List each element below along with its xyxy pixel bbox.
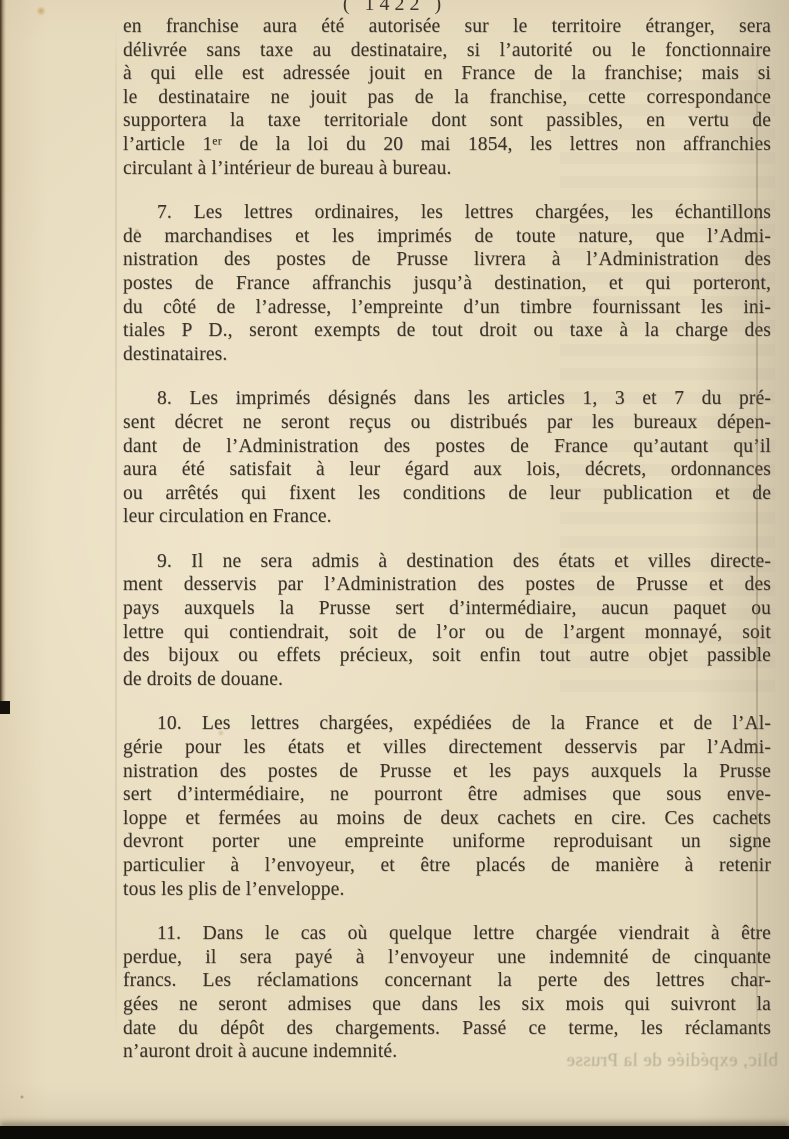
fold-crease-left xyxy=(115,20,117,1040)
text-line: à qui elle est adressée jouit en France … xyxy=(123,62,771,86)
text-line: nistration des postes de Prusse livrera … xyxy=(123,248,771,272)
text-line: postes de France affranchis jusqu’à dest… xyxy=(123,272,771,296)
text-line: tous les plis de l’enveloppe. xyxy=(123,878,771,902)
fold-crease-right xyxy=(756,48,758,1048)
scan-edge-left xyxy=(0,0,6,712)
scan-edge-notch xyxy=(0,701,10,714)
text-line: francs. Les réclamations concernant la p… xyxy=(123,969,771,993)
text-line: délivrée sans taxe au destinataire, si l… xyxy=(123,39,771,63)
text-line: du côté de l’adresse, l’empreinte d’un t… xyxy=(123,296,771,320)
text-line: aura été satisfait à leur égard aux lois… xyxy=(123,458,771,482)
text-line: le destinataire ne jouit pas de la franc… xyxy=(123,86,771,110)
text-line: 9. Il ne sera admis à destination des ét… xyxy=(123,550,771,574)
text-line: l’article 1ᵉʳ de la loi du 20 mai 1854, … xyxy=(123,133,771,157)
paragraph-article-7: 7. Les lettres ordinaires, les lettres c… xyxy=(123,201,771,366)
text-line: ment desservis par l’Administration des … xyxy=(123,573,771,597)
paragraph-article-11: 11. Dans le cas où quelque lettre chargé… xyxy=(123,922,771,1064)
text-line: destinataires. xyxy=(123,343,771,367)
text-line: ou arrêtés qui fixent les conditions de … xyxy=(123,482,771,506)
text-line: pays auxquels la Prusse sert d’intermédi… xyxy=(123,597,771,621)
text-line: de droits de douane. xyxy=(123,668,771,692)
text-line: circulant à l’intérieur de bureau à bure… xyxy=(123,157,771,181)
text-line: devront porter une empreinte uniforme re… xyxy=(123,830,771,854)
page-number: ( 1422 ) xyxy=(0,0,789,16)
text-line: de marchandises et les imprimés de toute… xyxy=(123,225,771,249)
text-block: en franchise aura été autorisée sur le t… xyxy=(123,15,771,1064)
text-line: supportera la taxe territoriale dont son… xyxy=(123,109,771,133)
paragraph-article-6-continuation: en franchise aura été autorisée sur le t… xyxy=(123,15,771,180)
text-line: gérie pour les états et villes directeme… xyxy=(123,736,771,760)
text-line: sent décret ne seront reçus ou distribué… xyxy=(123,411,771,435)
text-line: des bijoux ou effets précieux, soit enfi… xyxy=(123,644,771,668)
text-line: 7. Les lettres ordinaires, les lettres c… xyxy=(123,201,771,225)
text-line: sert d’intermédiaire, ne pourront être a… xyxy=(123,783,771,807)
bleedthrough-text: blic, expédiée de la Prusse xyxy=(468,1050,778,1072)
text-line: dant de l’Administration des postes de F… xyxy=(123,435,771,459)
text-line: particulier à l’envoyeur, et être placés… xyxy=(123,854,771,878)
text-line: perdue, il sera payé à l’envoyeur une in… xyxy=(123,946,771,970)
text-line: gées ne seront admises que dans les six … xyxy=(123,993,771,1017)
paragraph-article-10: 10. Les lettres chargées, expédiées de l… xyxy=(123,712,771,901)
scan-edge-bottom xyxy=(0,1126,789,1139)
paragraph-article-8: 8. Les imprimés désignés dans les articl… xyxy=(123,387,771,529)
text-line: leur circulation en France. xyxy=(123,505,771,529)
text-line: loppe et fermées au moins de deux cachet… xyxy=(123,807,771,831)
text-line: 8. Les imprimés désignés dans les articl… xyxy=(123,387,771,411)
text-line: 11. Dans le cas où quelque lettre chargé… xyxy=(123,922,771,946)
text-line: 10. Les lettres chargées, expédiées de l… xyxy=(123,712,771,736)
scanned-page: ( 1422 ) en franchise aura été autorisée… xyxy=(0,0,789,1139)
text-line: lettre qui contiendrait, soit de l’or ou… xyxy=(123,621,771,645)
text-line: nistration des postes de Prusse et les p… xyxy=(123,760,771,784)
text-line: en franchise aura été autorisée sur le t… xyxy=(123,15,771,39)
text-line: tiales P D., seront exempts de tout droi… xyxy=(123,319,771,343)
paragraph-article-9: 9. Il ne sera admis à destination des ét… xyxy=(123,550,771,692)
text-line: date du dépôt des chargements. Passé ce … xyxy=(123,1017,771,1041)
